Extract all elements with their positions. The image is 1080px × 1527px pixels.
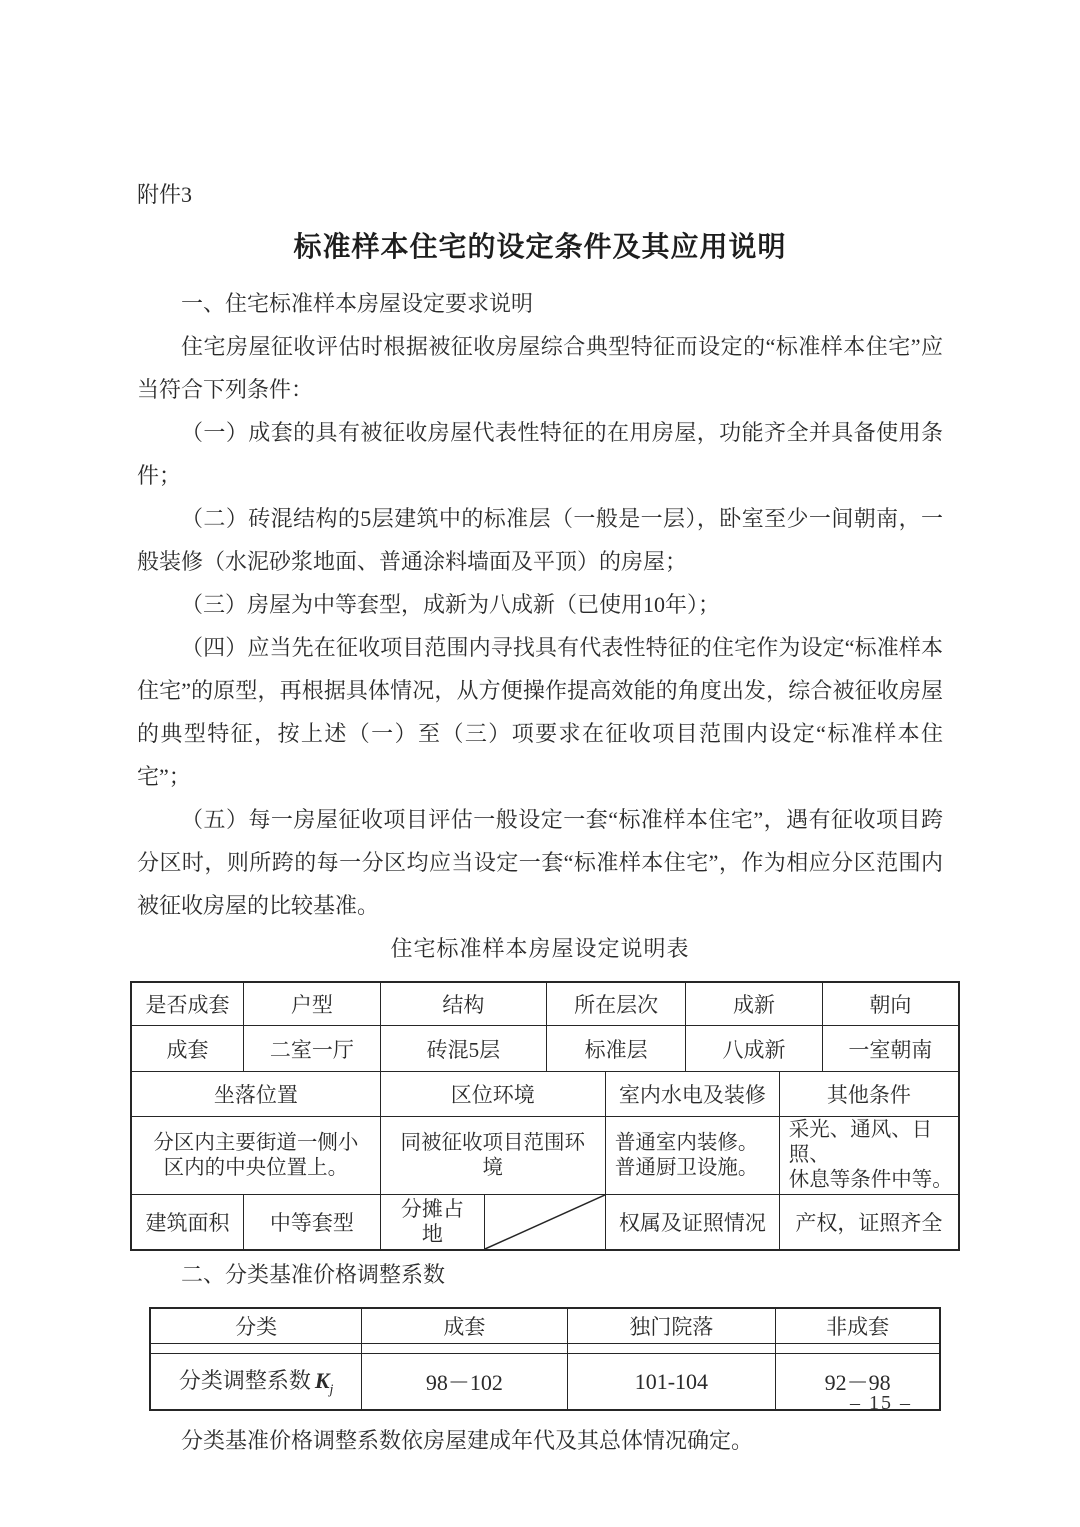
value-cell: 98－102 <box>362 1354 567 1411</box>
value-cell: 砖混5层 <box>380 1026 546 1072</box>
value-cell: 采光、通风、日照、 休息等条件中等。 <box>779 1117 959 1195</box>
empty-cell <box>485 1195 606 1251</box>
header-cell: 分类 <box>150 1308 362 1344</box>
section-1-heading: 一、住宅标准样本房屋设定要求说明 <box>137 282 943 325</box>
value-cell: 二室一厅 <box>244 1026 381 1072</box>
table-spacer-row <box>150 1344 940 1354</box>
table-row: 分类 成套 独门院落 非成套 <box>150 1308 940 1344</box>
table1-caption: 住宅标准样本房屋设定说明表 <box>137 927 943 970</box>
spacer-cell <box>362 1344 567 1354</box>
header-cell: 独门院落 <box>567 1308 776 1344</box>
page-content: 附件3 标准样本住宅的设定条件及其应用说明 一、住宅标准样本房屋设定要求说明 住… <box>0 0 1080 1462</box>
document-page: 附件3 标准样本住宅的设定条件及其应用说明 一、住宅标准样本房屋设定要求说明 住… <box>0 0 1080 1527</box>
paragraph-item-1: （一）成套的具有被征收房屋代表性特征的在用房屋，功能齐全并具备使用条件； <box>137 411 943 497</box>
header-cell: 所在层次 <box>547 982 686 1026</box>
paragraph-item-5: （五）每一房屋征收项目评估一般设定一套“标准样本住宅”，遇有征收项目跨分区时，则… <box>137 798 943 927</box>
header-cell: 区位环境 <box>380 1072 605 1117</box>
value-cell: 产权，证照齐全 <box>779 1195 959 1251</box>
value-cell: 中等套型 <box>244 1195 381 1251</box>
sample-house-spec-table: 是否成套 户型 结构 所在层次 成新 朝向 成套 二室一厅 砖混5层 标准层 八… <box>130 981 960 1251</box>
paragraph-item-2: （二）砖混结构的5层建筑中的标准层（一般是一层），卧室至少一间朝南，一般装修（水… <box>137 497 943 583</box>
header-cell: 成新 <box>686 982 823 1026</box>
header-cell: 是否成套 <box>131 982 244 1026</box>
spacer-cell <box>567 1344 776 1354</box>
value-cell: 101-104 <box>567 1354 776 1411</box>
header-cell: 室内水电及装修 <box>605 1072 779 1117</box>
table-row: 坐落位置 区位环境 室内水电及装修 其他条件 <box>131 1072 959 1117</box>
table-row: 分区内主要街道一侧小 区内的中央位置上。 同被征收项目范围环 境 普通室内装修。… <box>131 1117 959 1195</box>
document-title: 标准样本住宅的设定条件及其应用说明 <box>137 226 943 268</box>
spacer-cell <box>150 1344 362 1354</box>
paragraph-item-4: （四）应当先在征收项目范围内寻找具有代表性特征的住宅作为设定“标准样本住宅”的原… <box>137 626 943 798</box>
coefficient-symbol-subscript: j <box>330 1383 334 1398</box>
header-cell: 其他条件 <box>779 1072 959 1117</box>
header-cell: 结构 <box>380 982 546 1026</box>
footnote-text: 分类基准价格调整系数依房屋建成年代及其总体情况确定。 <box>137 1419 943 1462</box>
coefficient-symbol: K <box>311 1368 330 1393</box>
value-cell: 同被征收项目范围环 境 <box>380 1117 605 1195</box>
table-row: 分类调整系数Kj 98－102 101-104 92－98 <box>150 1354 940 1411</box>
header-cell: 户型 <box>244 982 381 1026</box>
section-2-heading: 二、分类基准价格调整系数 <box>137 1253 943 1296</box>
value-cell: 八成新 <box>686 1026 823 1072</box>
coefficient-label: 分类调整系数 <box>179 1368 311 1393</box>
paragraph-item-3: （三）房屋为中等套型，成新为八成新（已使用10年）； <box>137 583 943 626</box>
adjustment-coefficient-table: 分类 成套 独门院落 非成套 分类调整系数Kj 98－102 101-104 9… <box>149 1307 941 1411</box>
footnote: 分类基准价格调整系数依房屋建成年代及其总体情况确定。 <box>137 1419 943 1462</box>
value-cell: 一室朝南 <box>822 1026 959 1072</box>
value-cell: 成套 <box>131 1026 244 1072</box>
header-cell: 分摊占 地 <box>380 1195 484 1251</box>
header-cell: 成套 <box>362 1308 567 1344</box>
table-row: 是否成套 户型 结构 所在层次 成新 朝向 <box>131 982 959 1026</box>
header-cell: 权属及证照情况 <box>605 1195 779 1251</box>
body-text: 一、住宅标准样本房屋设定要求说明 住宅房屋征收评估时根据被征收房屋综合典型特征而… <box>137 282 943 927</box>
header-cell: 坐落位置 <box>131 1072 380 1117</box>
paragraph-intro: 住宅房屋征收评估时根据被征收房屋综合典型特征而设定的“标准样本住宅”应当符合下列… <box>137 325 943 411</box>
value-cell: 分区内主要街道一侧小 区内的中央位置上。 <box>131 1117 380 1195</box>
page-number: – 15 – <box>850 1392 912 1415</box>
diagonal-line-icon <box>485 1195 605 1249</box>
header-cell: 非成套 <box>776 1308 940 1344</box>
header-cell: 朝向 <box>822 982 959 1026</box>
spacer-cell <box>776 1344 940 1354</box>
table-row: 成套 二室一厅 砖混5层 标准层 八成新 一室朝南 <box>131 1026 959 1072</box>
value-cell: 标准层 <box>547 1026 686 1072</box>
attachment-label: 附件3 <box>137 180 943 210</box>
header-cell: 建筑面积 <box>131 1195 244 1251</box>
section-2: 二、分类基准价格调整系数 <box>137 1253 943 1296</box>
coefficient-label-cell: 分类调整系数Kj <box>150 1354 362 1411</box>
value-cell: 普通室内装修。 普通厨卫设施。 <box>605 1117 779 1195</box>
table-row: 建筑面积 中等套型 分摊占 地 权属及证照情况 产权，证照齐全 <box>131 1195 959 1251</box>
